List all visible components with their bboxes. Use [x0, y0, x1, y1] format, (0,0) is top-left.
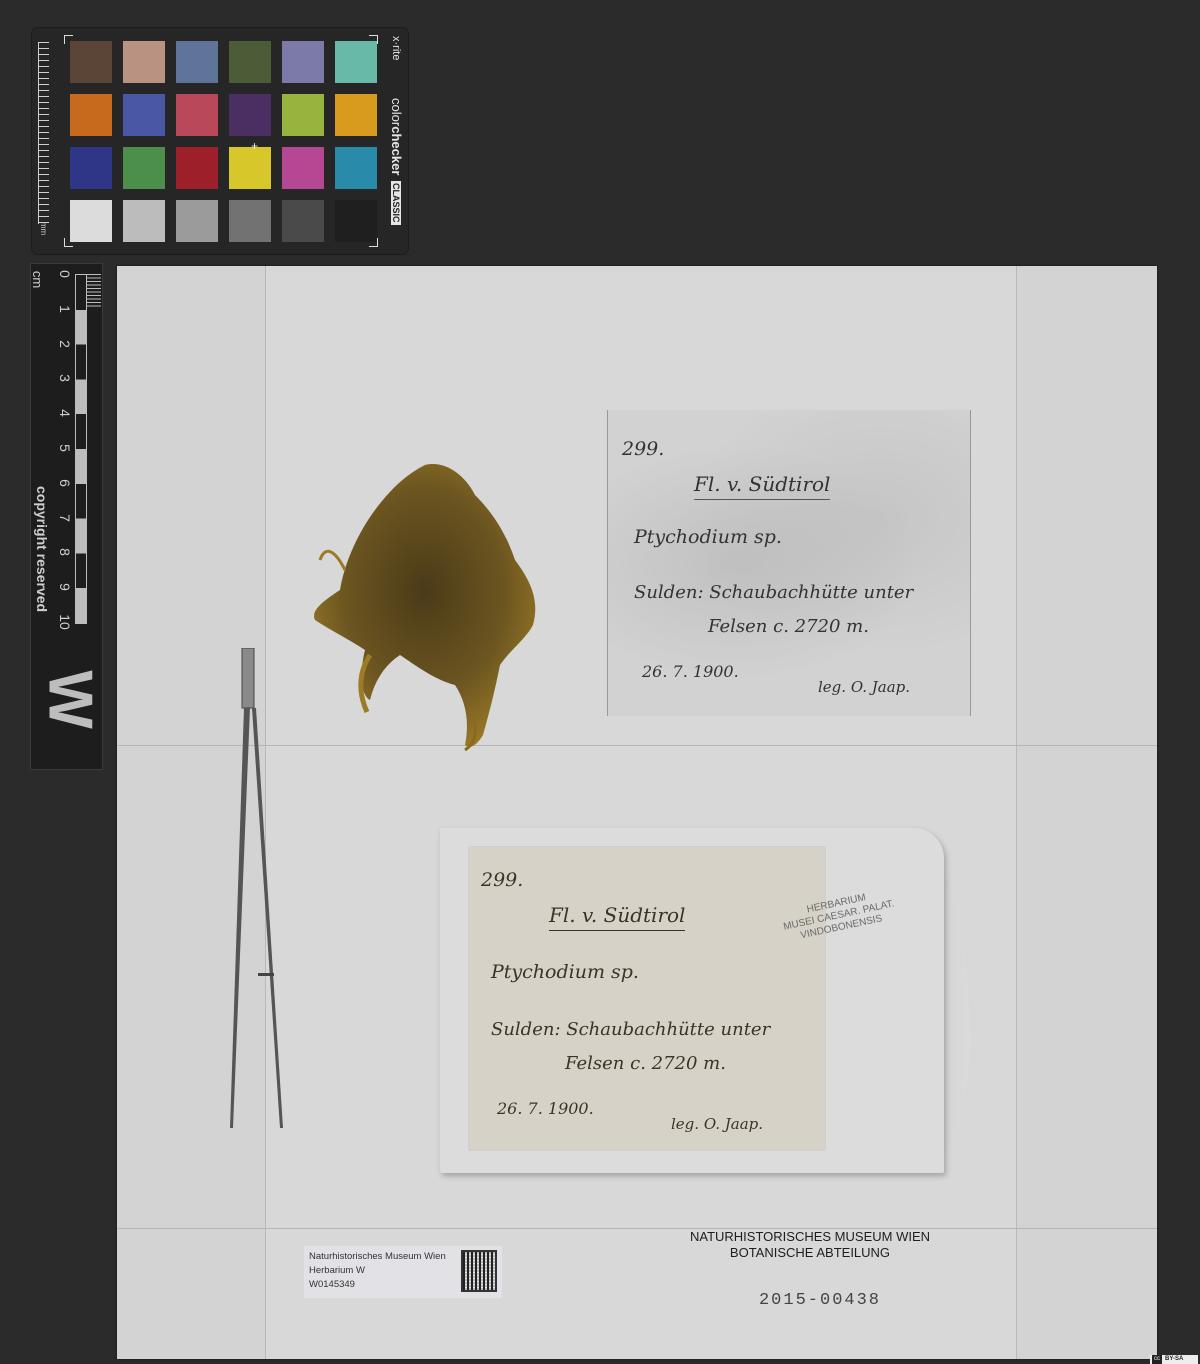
- color-patch-grid: [70, 41, 376, 243]
- original-label: 299. Fl. v. Südtirol Ptychodium sp. Suld…: [469, 847, 825, 1150]
- label-flora: Fl. v. Südtirol: [694, 472, 830, 500]
- color-patch: [335, 200, 377, 242]
- label-flora: Fl. v. Südtirol: [549, 903, 685, 931]
- color-patch: [70, 41, 112, 83]
- label-locality-2: Felsen c. 2720 m.: [565, 1053, 726, 1074]
- label-number: 299.: [481, 869, 523, 891]
- color-patch: [229, 41, 271, 83]
- color-patch: [229, 200, 271, 242]
- color-patch: [282, 41, 324, 83]
- color-patch: [70, 94, 112, 136]
- scale-tick-label: 3: [57, 368, 73, 388]
- label-taxon: Ptychodium sp.: [634, 526, 782, 548]
- scale-unit: cm: [30, 271, 45, 288]
- color-patch: [70, 200, 112, 242]
- scale-tick-label: 8: [57, 542, 73, 562]
- catalog-number: W0145349: [309, 1278, 446, 1292]
- label-locality-1: Sulden: Schaubachhütte unter: [634, 582, 913, 603]
- scale-tick-label: 6: [57, 473, 73, 493]
- label-collector: leg. O. Jaap.: [818, 678, 910, 696]
- museum-header: NATURHISTORISCHES MUSEUM WIEN BOTANISCHE…: [660, 1229, 960, 1261]
- label-date: 26. 7. 1900.: [497, 1099, 594, 1118]
- license-tag: ccBY-SA: [1150, 1355, 1198, 1364]
- color-patch: [335, 94, 377, 136]
- qr-code-icon[interactable]: [461, 1250, 497, 1292]
- herbarium-w-logo: W: [35, 665, 106, 735]
- museum-department: BOTANISCHE ABTEILUNG: [660, 1245, 960, 1261]
- scale-tick-label: 0: [57, 264, 73, 284]
- scale-tick-label: 4: [57, 403, 73, 423]
- copyright-text: copyright reserved: [34, 486, 50, 612]
- color-patch: [123, 200, 165, 242]
- label-collector: leg. O. Jaap.: [671, 1115, 763, 1133]
- color-checker-card: mm + x·rite colorchecker CLASSIC: [32, 28, 408, 254]
- license-text: BY-SA: [1165, 1356, 1183, 1362]
- barcode-label: Naturhistorisches Museum Wien Herbarium …: [304, 1246, 502, 1298]
- museum-name: NATURHISTORISCHES MUSEUM WIEN: [660, 1229, 960, 1245]
- color-patch: [176, 200, 218, 242]
- accession-number: 2015-00438: [745, 1291, 895, 1310]
- product-name-prefix: color: [389, 98, 404, 126]
- scale-tick-label: 5: [57, 438, 73, 458]
- color-patch: [176, 147, 218, 189]
- label-locality-2: Felsen c. 2720 m.: [708, 616, 869, 637]
- scale-bar-segments: [75, 274, 87, 624]
- color-patch: [229, 147, 271, 189]
- cc-icon: cc: [1152, 1355, 1162, 1364]
- color-patch: [123, 94, 165, 136]
- label-date: 26. 7. 1900.: [642, 662, 739, 681]
- checker-branding: x·rite colorchecker CLASSIC: [384, 36, 404, 248]
- color-patch: [176, 41, 218, 83]
- color-patch: [123, 147, 165, 189]
- scale-tick-label: 2: [57, 334, 73, 354]
- printed-label-copy: 299. Fl. v. Südtirol Ptychodium sp. Suld…: [607, 410, 971, 716]
- product-name-bold: checker: [389, 126, 404, 175]
- forceps: [222, 648, 292, 1138]
- barcode-institution: Naturhistorisches Museum Wien: [309, 1250, 446, 1264]
- label-taxon: Ptychodium sp.: [491, 961, 639, 983]
- scale-tick-label: 7: [57, 508, 73, 528]
- moss-specimen: [305, 450, 555, 760]
- fold-line: [1016, 266, 1017, 1359]
- scale-tick-label: 1: [57, 299, 73, 319]
- color-patch: [282, 147, 324, 189]
- fold-line: [117, 1228, 1157, 1229]
- color-patch: [282, 200, 324, 242]
- mm-ruler-ticks: [38, 42, 49, 224]
- scale-bar-mm-ticks: [87, 274, 101, 308]
- label-locality-1: Sulden: Schaubachhütte unter: [491, 1019, 770, 1040]
- color-patch: [282, 94, 324, 136]
- scale-bar: cm 012345678910 copyright reserved W: [30, 263, 103, 770]
- color-patch: [335, 147, 377, 189]
- color-patch: [335, 41, 377, 83]
- scale-tick-label: 10: [57, 612, 73, 632]
- color-patch: [70, 147, 112, 189]
- color-patch: [176, 94, 218, 136]
- label-number: 299.: [622, 438, 664, 460]
- barcode-herbarium: Herbarium W: [309, 1264, 446, 1278]
- scale-tick-label: 9: [57, 577, 73, 597]
- crosshair-icon: +: [251, 139, 258, 153]
- color-patch: [229, 94, 271, 136]
- mm-ruler-label: mm: [39, 222, 48, 235]
- color-patch: [123, 41, 165, 83]
- edition-badge: CLASSIC: [391, 181, 401, 225]
- xrite-logo: x·rite: [390, 36, 402, 60]
